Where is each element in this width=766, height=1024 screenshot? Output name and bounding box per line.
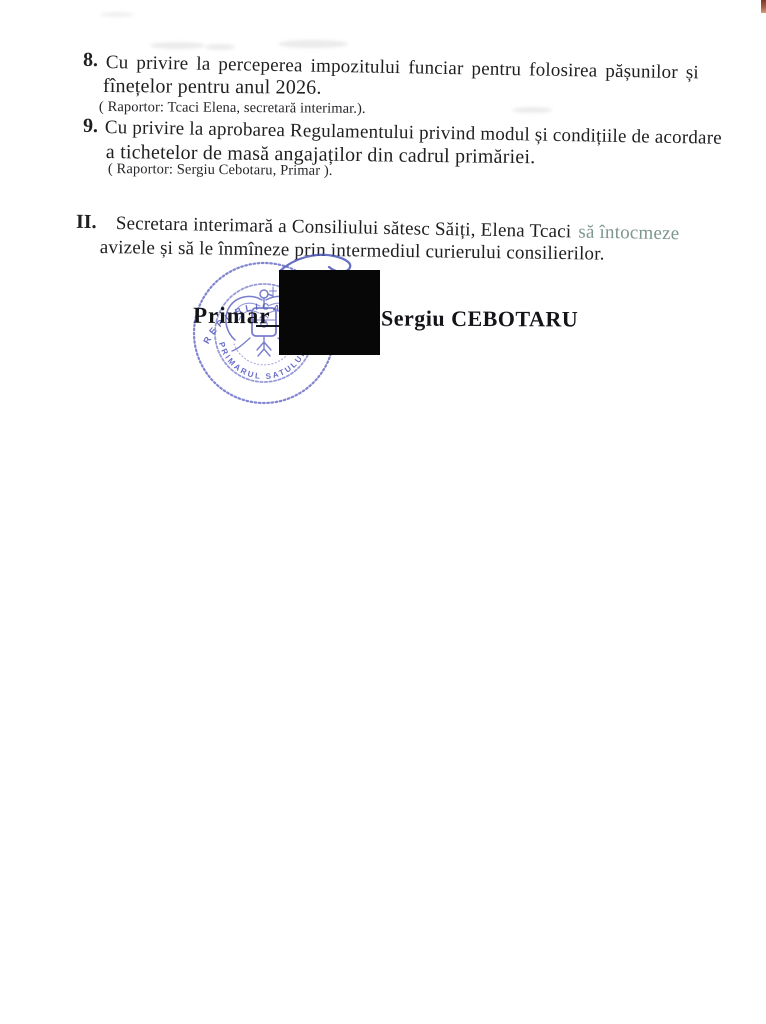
raportor-line: ( Raportor: Tcaci Elena, secretară inter… — [99, 100, 366, 116]
scan-smudge — [278, 40, 348, 48]
directive-number: II. — [76, 212, 97, 232]
scan-smudge — [150, 42, 205, 49]
scanned-document-page: 8. Cu privire la perceperea impozitului … — [0, 0, 766, 1024]
item-number: 9. — [83, 116, 98, 136]
item-number: 8. — [83, 50, 98, 70]
scan-smudge — [100, 12, 134, 17]
scan-smudge — [512, 107, 552, 113]
item-text-line: fînețelor pentru anul 2026. — [103, 76, 322, 98]
signature-name: Sergiu CEBOTARU — [381, 305, 578, 332]
directive-text-light: să întocmeze — [578, 221, 679, 244]
raportor-line: ( Raportor: Sergiu Cebotaru, Primar ). — [108, 162, 333, 178]
scan-edge-mark — [761, 0, 766, 13]
scan-smudge — [205, 44, 235, 50]
redaction-box — [279, 270, 380, 355]
